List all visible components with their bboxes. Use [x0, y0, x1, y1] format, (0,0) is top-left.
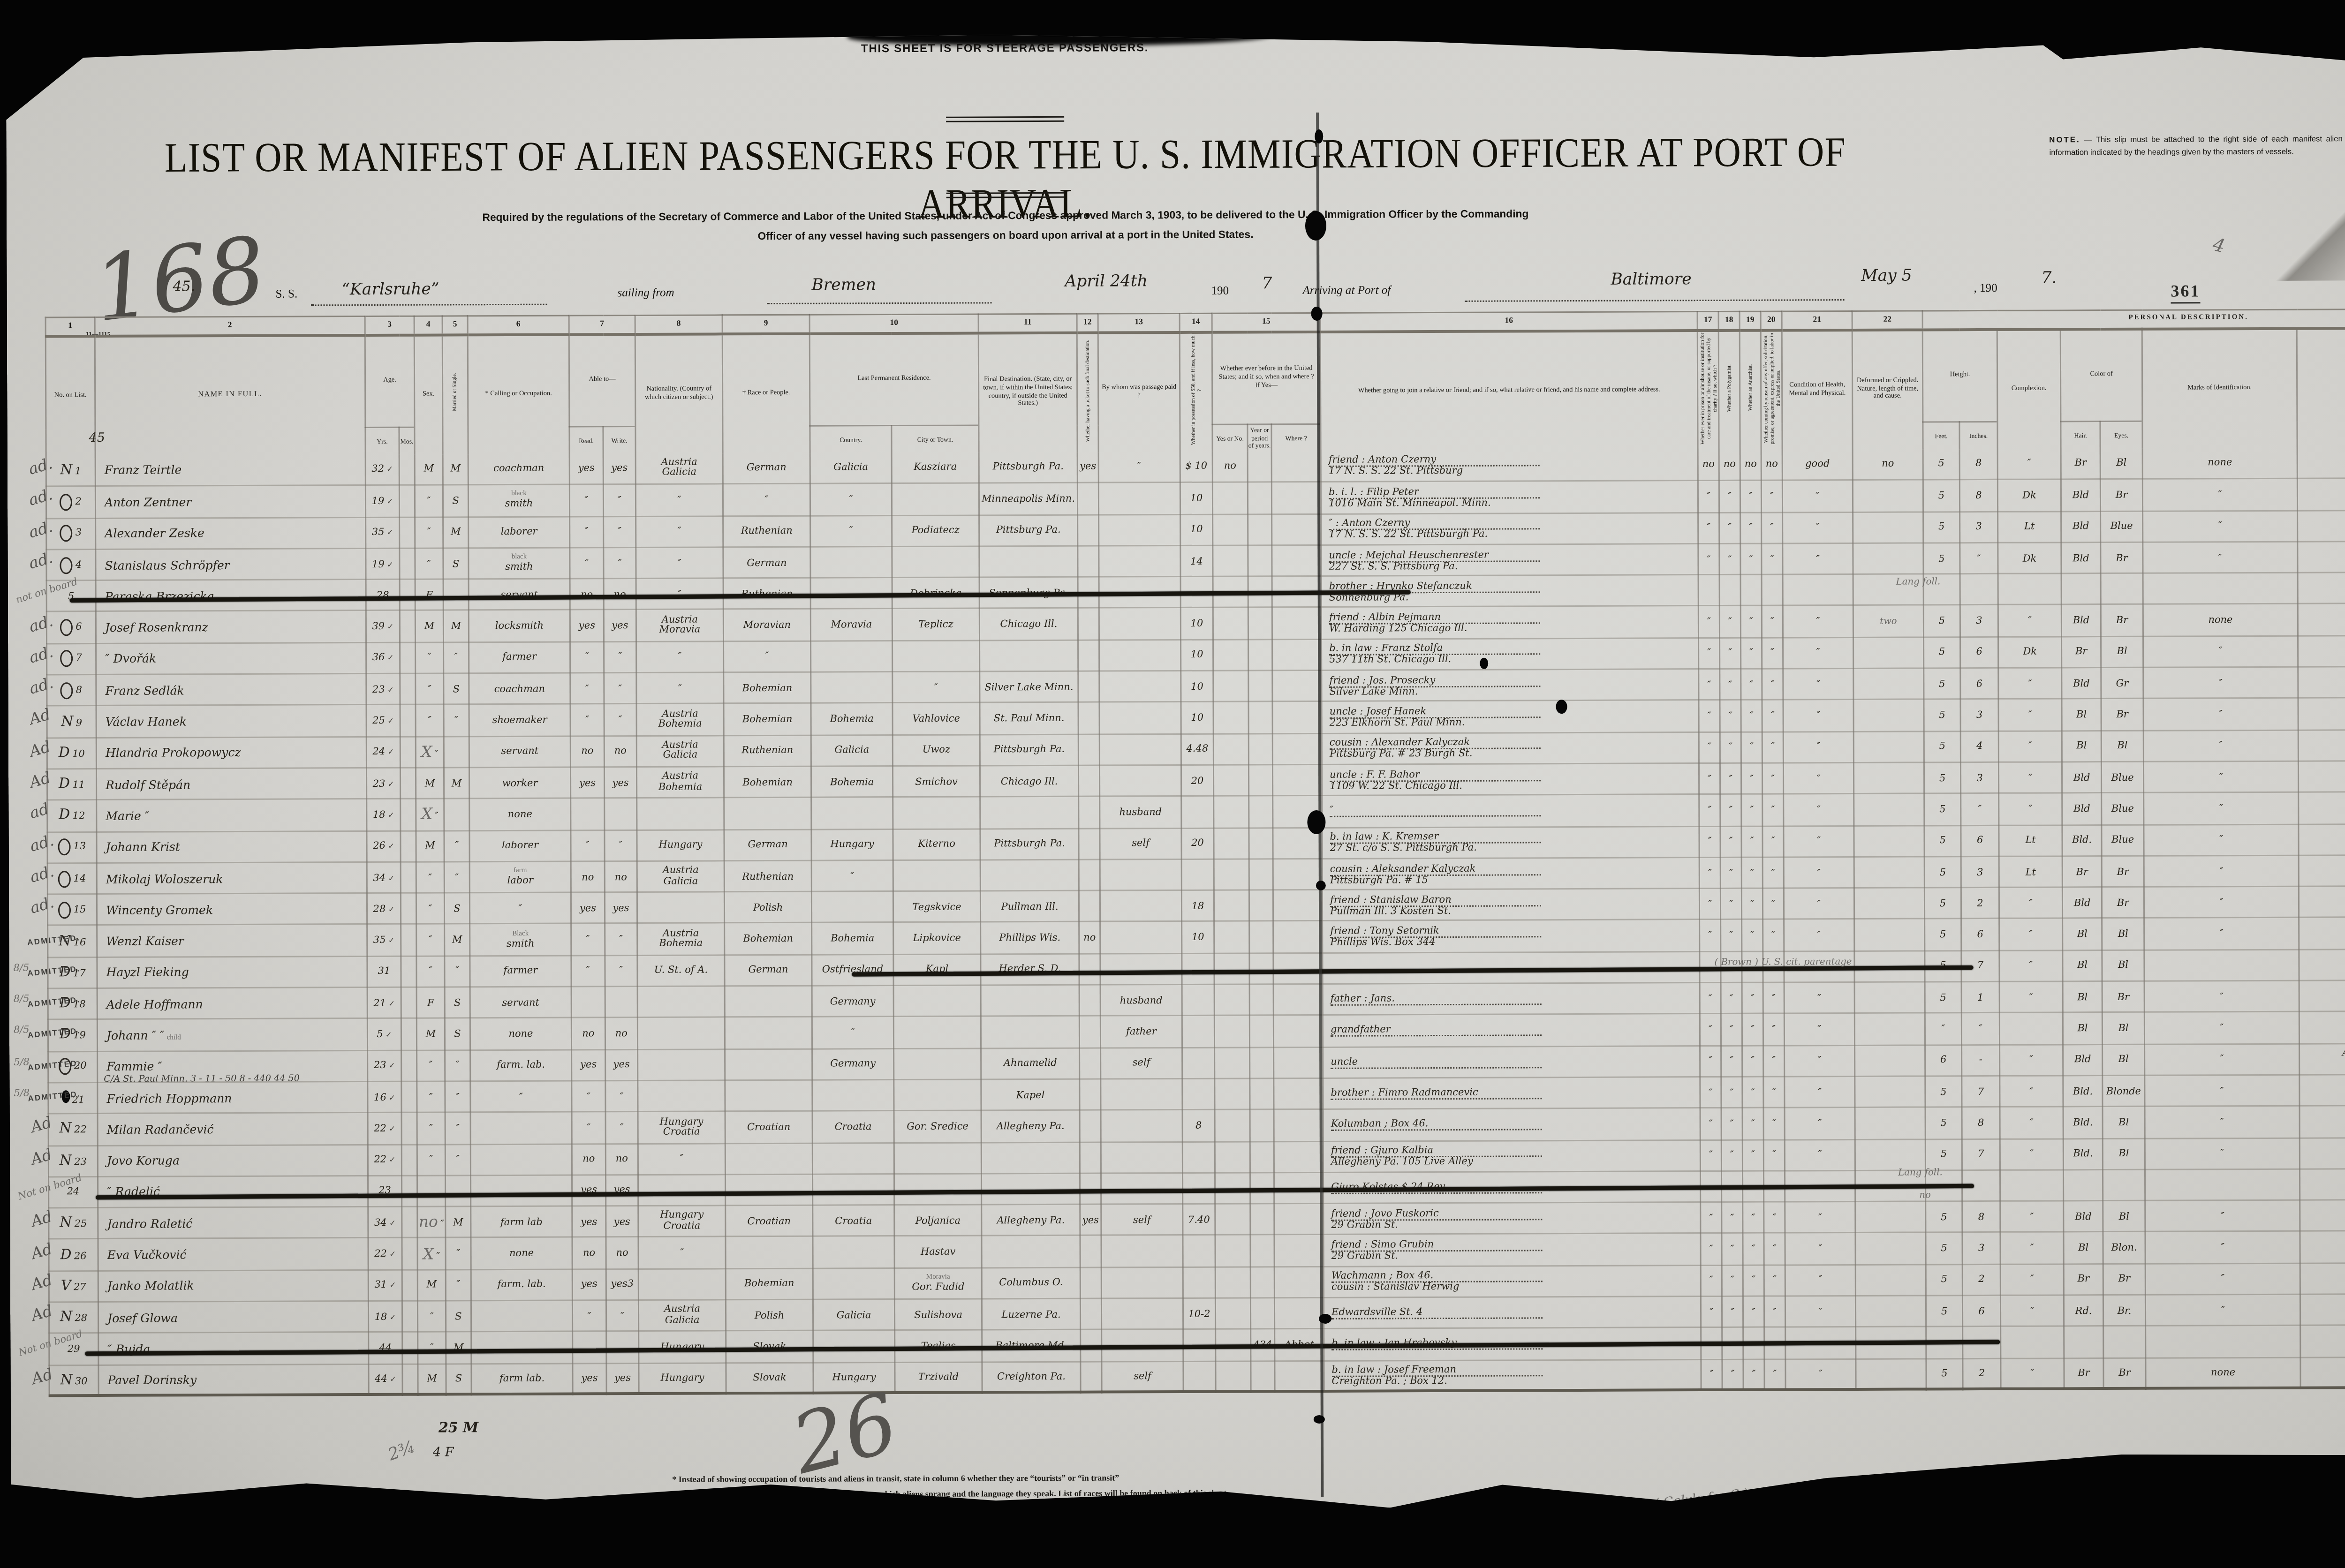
- cell-occupation: Blacksmith: [470, 924, 571, 956]
- cell-name: Rudolf Stěpán: [96, 768, 366, 800]
- cell-birthplace: ″: [2298, 541, 2345, 573]
- cell-q17: [1701, 1327, 1722, 1359]
- cell-inches: 6: [1960, 668, 1998, 700]
- cell-destination: [982, 1236, 1080, 1267]
- list-number-45: 45.: [173, 279, 195, 295]
- cell-us-year: [1249, 953, 1273, 984]
- cell-hair: Bld: [2064, 1201, 2103, 1232]
- cell-inches: 2: [1963, 1358, 2001, 1389]
- cell-complexion: Dk: [1997, 480, 2061, 511]
- cell-paid-by: [1100, 922, 1182, 953]
- cell-eyes: Br: [2103, 1357, 2146, 1389]
- cell-q17: ″: [1701, 1359, 1722, 1390]
- cell-res-city: Tealias: [895, 1330, 982, 1362]
- cell-eyes: Br.: [2103, 1295, 2145, 1326]
- cell-name: Wincenty Gromek: [97, 893, 367, 926]
- cell-q18: ″: [1719, 606, 1740, 638]
- cell-birthplace: StapeloOstfriesland: [2299, 949, 2345, 980]
- cell-deformed: [1854, 982, 1925, 1013]
- cell-ticket: [1080, 1267, 1101, 1298]
- cell-feet: 5: [1926, 1296, 1962, 1327]
- cell-read: no: [572, 1237, 606, 1269]
- cell-res-city: Gor. Sredice: [894, 1111, 981, 1143]
- cell-q18: [1719, 575, 1740, 606]
- cell-q19: ″: [1741, 794, 1763, 826]
- cell-q17: ″: [1699, 701, 1720, 732]
- cell-mos: [401, 987, 416, 1018]
- cell-ticket: [1080, 1173, 1101, 1205]
- cell-birthplace: LipkoviceBohemia: [2299, 917, 2345, 949]
- cell-money: 20: [1181, 765, 1214, 796]
- cell-yrs: 5 ✓: [367, 1018, 401, 1050]
- cell-eyes: Br: [2101, 542, 2143, 573]
- cell-read: yes: [570, 610, 604, 641]
- col-married: Married or Single.: [442, 334, 468, 454]
- cell-q18: ″: [1719, 481, 1740, 512]
- cell-write: no: [604, 736, 636, 767]
- cell-read: no: [570, 579, 604, 610]
- cell-destination: Chicago Ill.: [980, 765, 1079, 797]
- cell-no: D 17: [48, 957, 97, 988]
- cell-health: ″: [1783, 762, 1853, 794]
- cell-before-us: [1214, 1016, 1249, 1047]
- col-number-14: 14: [1180, 313, 1212, 332]
- cell-res-country: [811, 672, 893, 703]
- cell-name: Franz Teirtle: [95, 454, 365, 487]
- cell-ticket: [1078, 546, 1099, 577]
- cell-name: Jovo Koruga: [98, 1144, 368, 1176]
- cell-res-country: [812, 1079, 894, 1111]
- cell-ticket: [1079, 765, 1100, 797]
- cell-marital: M: [443, 454, 468, 485]
- cell-no: N 30: [49, 1364, 98, 1396]
- cell-hair: Bld: [2062, 887, 2102, 919]
- cell-deformed: [1853, 668, 1924, 700]
- cell-mos: [400, 580, 415, 611]
- cell-us-year: [1250, 1141, 1274, 1172]
- ink-blot: [1556, 700, 1567, 714]
- cell-mos: [401, 1176, 417, 1207]
- cell-money: 14: [1180, 545, 1213, 577]
- cell-health: ″: [1784, 857, 1854, 888]
- cell-q17: ″: [1699, 794, 1720, 826]
- cell-feet: 5: [1925, 1138, 1962, 1170]
- cell-destination: Sonnenburg Pa.: [979, 577, 1078, 609]
- cell-no: V 27: [49, 1271, 98, 1302]
- cell-nationality: [637, 892, 724, 924]
- cell-q17: ″: [1701, 1202, 1722, 1234]
- cell-mos: [402, 1332, 418, 1364]
- cell-res-city: Hastav: [894, 1236, 982, 1268]
- cell-before-us: [1214, 796, 1249, 828]
- col-calling: * Calling or Occupation.: [468, 334, 569, 454]
- cell-occupation: [470, 1144, 572, 1176]
- col-number-6: 6: [468, 316, 569, 334]
- col-number-7: 7: [569, 316, 635, 334]
- cell-q20: ″: [1763, 1139, 1785, 1171]
- cell-race: Moravian: [723, 610, 810, 641]
- cell-sex: ″: [416, 705, 444, 736]
- required-line2: Officer of any vessel having such passen…: [757, 229, 1253, 243]
- col-nationality: Nationality. (Country of which citizen o…: [635, 333, 723, 453]
- cell-mos: [401, 1081, 417, 1113]
- cell-hair: [2061, 573, 2101, 605]
- cell-res-city: [893, 985, 981, 1017]
- cell-res-city: Podiatecz: [892, 515, 979, 547]
- cell-marks: none: [2146, 1357, 2300, 1389]
- cell-res-country: Bohemia: [811, 703, 893, 735]
- cell-no: 4: [46, 549, 96, 580]
- cell-feet: 5: [1924, 793, 1961, 825]
- cell-write: ″: [604, 516, 636, 547]
- cell-occupation: laborer: [469, 830, 571, 862]
- cell-feet: 5: [1926, 1358, 1963, 1389]
- cell-health: ″: [1783, 669, 1853, 700]
- cell-paid-by: [1100, 765, 1181, 796]
- cell-write: [605, 987, 637, 1018]
- cell-marital: ″: [444, 861, 469, 893]
- cell-write: ″: [604, 547, 636, 579]
- cell-destination: Ahnamelid: [981, 1048, 1080, 1079]
- cell-hair: Bld.: [2062, 824, 2102, 856]
- cell-q18: ″: [1719, 512, 1740, 543]
- cell-inches: 1: [1961, 982, 1999, 1013]
- cell-name: Milan Radančević: [98, 1113, 368, 1145]
- cell-q20: no: [1761, 449, 1782, 481]
- cell-sex: M: [416, 768, 444, 799]
- cell-deformed: no: [1853, 449, 1923, 480]
- cell-paid-by: [1099, 608, 1180, 640]
- cell-marks: ″: [2145, 1231, 2300, 1263]
- required-line1: Required by the regulations of the Secre…: [482, 207, 1528, 224]
- cell-eyes: Bl: [2102, 1012, 2144, 1044]
- cell-q19: ″: [1743, 1265, 1764, 1296]
- sail-date: April 24th: [1065, 271, 1148, 291]
- cell-mos: [402, 1364, 418, 1395]
- cell-write: yes: [606, 1363, 639, 1394]
- cell-before-us: [1215, 1298, 1250, 1329]
- cell-no: 6: [46, 612, 96, 643]
- cell-res-country: Bohemia: [811, 766, 893, 798]
- cell-us-year: [1248, 545, 1272, 576]
- cell-before-us: [1213, 733, 1248, 765]
- cell-read: yes: [571, 892, 605, 924]
- cell-relative-friend: friend : Jos. ProseckySilver Lake Minn.: [1322, 669, 1699, 702]
- cell-paid-by: [1099, 545, 1180, 577]
- cell-feet: 5: [1924, 700, 1960, 731]
- cell-mos: [402, 1238, 417, 1269]
- cell-read: ″: [572, 1112, 605, 1143]
- cell-no: 21: [48, 1082, 98, 1114]
- cell-marks: [2144, 949, 2299, 981]
- cell-no: N 23: [48, 1145, 98, 1176]
- cell-destination: Pittsburgh Pa.: [979, 452, 1077, 483]
- column-labels-row: No. on List.NAME IN FULL.Age.Sex.Married…: [45, 327, 2345, 429]
- col-health: Condition of Health, Mental and Physical…: [1782, 329, 1853, 449]
- cell-no: D 11: [47, 769, 96, 800]
- cell-res-city: ″: [893, 671, 980, 703]
- cell-res-city: [892, 546, 979, 578]
- cell-marks: ″: [2143, 510, 2298, 542]
- cell-money: [1181, 859, 1214, 890]
- cell-marital: S: [444, 893, 469, 924]
- col-number-10: 10: [809, 314, 978, 333]
- cell-marks: ″: [2145, 1200, 2300, 1232]
- cell-complexion: ″: [1999, 919, 2063, 950]
- cell-feet: 5: [1923, 449, 1959, 480]
- cell-res-country: [812, 1174, 894, 1205]
- cell-complexion: ″: [2000, 1076, 2063, 1107]
- cell-ticket: [1080, 1142, 1101, 1173]
- cell-marks: ″: [2144, 1012, 2299, 1044]
- cell-mos: [401, 893, 416, 925]
- cell-hair: Rd.: [2064, 1295, 2103, 1327]
- cell-q19: ″: [1741, 669, 1762, 700]
- cell-res-city: Teplicz: [892, 609, 979, 641]
- cell-birthplace: PodgorzeGalicia: [2299, 886, 2345, 918]
- cell-read: ″: [570, 704, 604, 736]
- cell-feet: 5: [1924, 668, 1960, 700]
- cell-race: [726, 1236, 813, 1268]
- cell-us-year: [1249, 765, 1273, 796]
- cell-birthplace: TrzivaldHungary: [2300, 1357, 2345, 1388]
- cell-no: D 18: [48, 988, 97, 1020]
- cell-name: Alexander Zeske: [96, 517, 366, 549]
- cell-q20: ″: [1763, 826, 1784, 857]
- cell-sex: ″: [416, 862, 444, 893]
- cell-feet: 5: [1926, 1201, 1962, 1233]
- cell-q19: ″: [1741, 700, 1762, 731]
- cell-us-where: [1274, 1204, 1324, 1235]
- divider-top: [946, 116, 1064, 122]
- cell-occupation: none: [470, 1018, 571, 1050]
- cell-race: [725, 1048, 812, 1080]
- cell-q18: [1721, 951, 1742, 983]
- cell-deformed: [1854, 857, 1924, 888]
- cell-sex: F: [415, 580, 443, 611]
- cell-paid-by: [1102, 1329, 1183, 1361]
- cell-read: ″: [572, 1300, 606, 1332]
- col-height: Height.: [1922, 329, 1997, 422]
- cell-hair: Bl: [2063, 1013, 2102, 1044]
- cell-ticket: [1079, 891, 1100, 922]
- cell-res-city: Lipkovice: [893, 922, 981, 954]
- col-place-of-birth: PLACE OF BIRTH.: [2297, 327, 2345, 447]
- cell-deformed: [1854, 794, 1924, 825]
- cell-hair: Bld.: [2063, 1107, 2103, 1138]
- cell-write: yes: [605, 1175, 638, 1206]
- cell-q19: ″: [1741, 637, 1762, 669]
- stamp-361: 361: [2171, 281, 2200, 303]
- cell-us-where: [1274, 1141, 1323, 1172]
- cell-birthplace: Zaliabs: [2298, 510, 2345, 542]
- cell-name: Wenzl Kaiser: [97, 925, 367, 957]
- cell-complexion: [1999, 1013, 2063, 1044]
- cell-health: ″: [1785, 1076, 1855, 1108]
- ink-blot: [1319, 1314, 1331, 1324]
- cell-destination: [980, 859, 1079, 891]
- sailing-label: sailing from: [617, 286, 674, 299]
- col-number-18: 18: [1718, 311, 1740, 330]
- cell-relative-friend: Gjuro Kolstas $ 24 Rev: [1324, 1171, 1701, 1204]
- cell-hair: Bld: [2062, 668, 2101, 699]
- cell-before-us: [1214, 921, 1249, 953]
- cell-marks: ″: [2145, 1138, 2300, 1169]
- cell-us-where: [1272, 733, 1322, 764]
- col-color-of: Color of: [2060, 328, 2142, 422]
- cell-relative-friend: Edwardsville St. 4: [1324, 1297, 1701, 1329]
- cell-name: Johann Krist: [97, 830, 367, 863]
- col-number-21: 21: [1782, 311, 1852, 330]
- col-where: Where ?: [1271, 424, 1321, 451]
- cell-mos: [402, 1301, 417, 1332]
- cell-marital: M: [445, 924, 470, 956]
- cell-us-year: [1251, 1361, 1275, 1392]
- cell-mos: [401, 1113, 417, 1144]
- cell-money: [1182, 1047, 1215, 1078]
- cell-birthplace: UwozGalicia: [2299, 855, 2345, 887]
- cell-inches: 6: [1961, 825, 1999, 856]
- cell-ticket: [1078, 577, 1099, 609]
- cell-mos: [401, 956, 416, 987]
- cell-q20: [1762, 575, 1783, 606]
- cell-birthplace: [2300, 1325, 2345, 1357]
- cell-read: yes: [572, 1175, 605, 1206]
- vessel-rule: [311, 302, 547, 306]
- cell-complexion: ″: [1998, 762, 2062, 793]
- cell-res-city: [893, 640, 980, 672]
- cell-destination: Allegheny Pa.: [981, 1110, 1080, 1142]
- cell-destination: Pullman Ill.: [980, 891, 1079, 923]
- cell-yrs: 18 ✓: [367, 799, 401, 830]
- cell-race: German: [724, 829, 811, 861]
- cell-health: ″: [1784, 1013, 1854, 1045]
- cell-nationality: ″: [638, 1143, 725, 1175]
- cell-no: D 12: [47, 800, 97, 831]
- col-number-8: 8: [635, 315, 722, 334]
- cell-us-year: [1249, 984, 1273, 1016]
- cell-us-where: [1273, 953, 1323, 984]
- cell-marks: [2146, 1326, 2300, 1357]
- cell-marks: ″: [2143, 698, 2298, 730]
- cell-birthplace: KaszieraGalicia: [2297, 447, 2345, 479]
- col-number-5: 5: [442, 316, 468, 334]
- cell-money: 10: [1180, 608, 1213, 640]
- cell-sex: ″: [415, 517, 443, 548]
- pencil-bottom-right: ( Gelyle for C ): [1654, 1487, 1749, 1512]
- cell-mos: [399, 454, 415, 485]
- arrival-date: May 5: [1861, 265, 1912, 285]
- cell-write: ″: [605, 955, 637, 987]
- cell-name: ″ Bujda: [98, 1332, 369, 1364]
- cell-res-country: [813, 1236, 894, 1268]
- cell-nationality: Hungary: [637, 829, 724, 861]
- cell-hair: Bl: [2062, 731, 2101, 762]
- cell-name: Hlandria Prokopowycz: [96, 737, 366, 769]
- cell-marks: none: [2142, 447, 2297, 479]
- manifest-table: 12345678910111213141516171819202122PERSO…: [45, 308, 2345, 1397]
- col-number-1: 1: [45, 317, 95, 336]
- tally-males: 25 M: [439, 1421, 479, 1436]
- cell-relative-friend: ″: [1322, 794, 1699, 827]
- cell-res-country: [810, 546, 892, 578]
- note-lead: NOTE.: [2049, 136, 2080, 145]
- cell-hair: Bld: [2062, 762, 2101, 793]
- cell-q17: ″: [1699, 731, 1720, 763]
- cell-feet: [1926, 1327, 1963, 1358]
- cell-q20: ″: [1762, 512, 1783, 543]
- col-deformed: Deformed or Crippled. Nature, length of …: [1852, 329, 1923, 449]
- cell-nationality: AustriaGalicia: [638, 1300, 726, 1332]
- cell-money: [1182, 1016, 1214, 1047]
- cell-eyes: Blonde: [2103, 1075, 2145, 1107]
- cell-name: Hayzl Fieking: [97, 956, 367, 988]
- cell-q20: ″: [1763, 857, 1784, 889]
- cell-yrs: 24 ✓: [366, 736, 400, 768]
- cell-name: Fammie ″: [98, 1050, 368, 1082]
- ink-blot: [1315, 129, 1323, 143]
- cell-eyes: Blue: [2102, 824, 2144, 856]
- col-join-relative: Whether going to join a relative or frie…: [1320, 330, 1698, 451]
- cell-marks: ″: [2143, 761, 2298, 793]
- cell-health: [1783, 574, 1853, 606]
- cell-ticket: [1080, 1110, 1101, 1142]
- cell-health: ″: [1783, 731, 1853, 762]
- cell-money: $ 10: [1180, 451, 1212, 482]
- ship-line: S. S. “Karlsruhe” sailing from Bremen Ap…: [6, 26, 2345, 35]
- cell-eyes: Blon.: [2103, 1232, 2145, 1264]
- cell-money: 10: [1182, 922, 1214, 953]
- cell-us-year: [1250, 1204, 1274, 1235]
- col-feet: Feet.: [1923, 422, 1959, 449]
- cell-q18: ″: [1720, 763, 1741, 794]
- cell-res-city: Trzivald: [895, 1362, 982, 1394]
- cell-q17: ″: [1700, 920, 1721, 951]
- cell-feet: 5: [1923, 480, 1959, 512]
- cell-read: ″: [569, 485, 603, 516]
- cell-hair: Bl: [2063, 919, 2102, 950]
- cell-no: 15: [47, 894, 97, 926]
- cell-us-where: [1271, 482, 1321, 513]
- cell-sex: ″: [417, 1113, 445, 1144]
- cell-eyes: Bl: [2103, 1107, 2145, 1138]
- cell-res-country: Galicia: [810, 452, 892, 484]
- cell-destination: Creighton Pa.: [982, 1361, 1081, 1393]
- cell-q19: ″: [1742, 1014, 1763, 1045]
- cell-res-city: [893, 1017, 981, 1048]
- cell-res-city: [893, 860, 980, 892]
- cell-sex: ″: [415, 485, 443, 517]
- cell-paid-by: [1100, 953, 1182, 985]
- cell-yrs: 28 ✓: [367, 893, 401, 925]
- cell-health: ″: [1785, 1045, 1855, 1076]
- cell-birthplace: ″: [2298, 635, 2345, 667]
- cell-eyes: Blue: [2101, 761, 2143, 793]
- cell-write: yes3: [606, 1269, 638, 1300]
- cell-q18: ″: [1720, 826, 1741, 857]
- cell-read: no: [571, 861, 605, 892]
- cell-deformed: [1854, 825, 1924, 857]
- cell-name: Johann ″ ″ child: [97, 1019, 367, 1051]
- cell-complexion: ″: [2000, 1264, 2064, 1295]
- cell-us-where: [1273, 890, 1322, 921]
- cell-feet: [1923, 574, 1960, 605]
- cell-deformed: [1854, 1013, 1925, 1045]
- cell-health: ″: [1784, 888, 1854, 920]
- cell-q17: ″: [1698, 512, 1719, 543]
- cell-money: 18: [1181, 890, 1214, 922]
- cell-ticket: [1080, 1298, 1101, 1330]
